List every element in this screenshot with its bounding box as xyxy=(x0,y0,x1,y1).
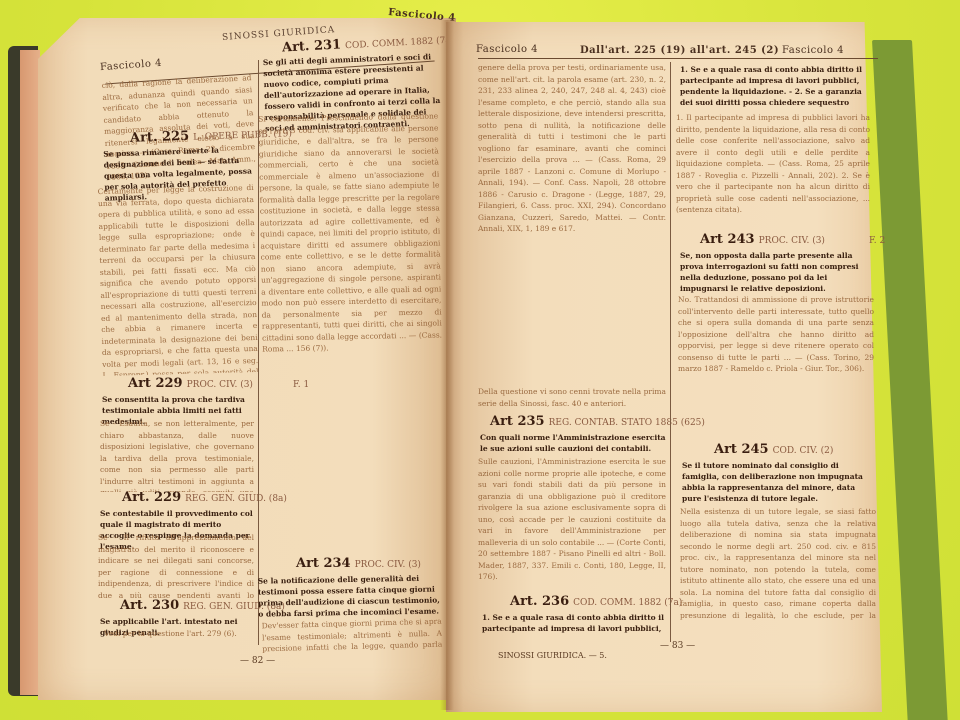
article-summary: 1. Se e a quale rasa di conto abbia diri… xyxy=(482,612,666,636)
article-body: Sulle cauzioni, l'Amministrazione eserci… xyxy=(478,456,666,592)
article-body: Se - Esaulta, se non letteralmente, per … xyxy=(100,418,254,492)
article-heading: Art 235REG. CONTAB. STATO 1885 (625) xyxy=(490,416,705,429)
right-col1-note: Della questione vi sono cenni trovate ne… xyxy=(478,386,666,409)
article-summary: Se il tutore nominato dal consiglio di f… xyxy=(682,460,874,504)
article-heading: Art 245COD. CIV. (2) xyxy=(714,444,833,457)
article-summary-continued: 1. Se e a quale rasa di conto abbia diri… xyxy=(680,64,870,110)
article-summary: Se la notificazione delle generalità dei… xyxy=(258,572,445,619)
right-header-title: Dall'art. 225 (19) all'art. 245 (2) xyxy=(580,45,779,57)
article-body: Nella esistenza di un tutore legale, se … xyxy=(680,506,876,622)
article-body: Certamente per legge la costruzione di u… xyxy=(98,182,259,376)
book-gutter xyxy=(440,20,454,710)
left-page-number: — 82 — xyxy=(240,655,275,667)
right-col2-top-text: 1. Il partecipante ad impresa di pubblic… xyxy=(676,112,870,232)
article-body: No. Trattandosi di ammissione di prove i… xyxy=(678,294,874,434)
article-summary: Con quali norme l'Amministrazione eserci… xyxy=(480,432,666,454)
right-header-fascicolo-right: Fascicolo 4 xyxy=(782,45,844,57)
article-body: Se - Il rifiuto all'apprezzamento del ma… xyxy=(98,532,254,598)
article-body: Vedi per la questione l'art. 279 (6). xyxy=(104,628,254,640)
article-heading: Art 234PROC. CIV. (3) xyxy=(296,558,421,571)
footer-signature: SINOSSI GIURIDICA. — 5. xyxy=(498,650,607,662)
article-body: Si certamente. Prescindendo dalla questi… xyxy=(258,110,446,558)
article-summary: Se, non opposta dalla parte presente all… xyxy=(680,250,872,294)
column-divider xyxy=(670,62,671,642)
article-heading: Art. 236COD. COMM. 1882 (7a) xyxy=(510,596,682,609)
right-header-fascicolo: Fascicolo 4 xyxy=(476,44,538,56)
header-rule xyxy=(478,58,878,59)
right-page-number: — 83 — xyxy=(660,640,695,652)
page-block-edge xyxy=(20,50,40,695)
article-heading: Art. 229REG. GEN. GIUD. (8a) xyxy=(122,492,287,505)
article-body: Dev'esser fatta cinque giorni prima che … xyxy=(262,616,443,657)
article-heading: Art 243PROC. CIV. (3)F. 2 xyxy=(700,234,885,247)
right-col1-top-text: genere della prova per testi, ordinariam… xyxy=(478,62,666,380)
